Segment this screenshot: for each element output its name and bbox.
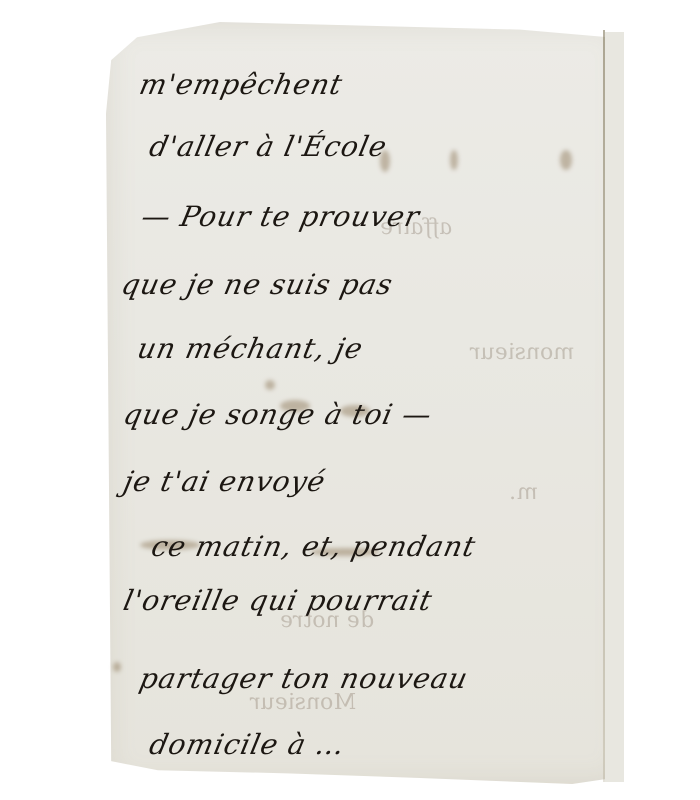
handwritten-line-1: m'empêchent [136,68,345,101]
ink-stain [560,150,572,170]
handwritten-line-11: domicile à … [146,728,348,761]
ink-stain [113,662,121,672]
handwritten-line-4: que je ne suis pas [118,268,396,301]
handwritten-line-9: l'oreille qui pourrait [120,584,435,617]
handwritten-line-2: d'aller à l'École [146,130,390,163]
handwritten-line-5: un méchant, je [134,332,366,365]
handwritten-line-7: je t'ai envoyé [120,465,328,498]
bleed-through-text: monsieur [468,340,577,365]
adjacent-page-edge [605,32,624,782]
handwritten-line-8: ce matin, et, pendant [148,530,479,563]
handwritten-line-10: partager ton nouveau [136,662,471,695]
ink-stain [450,150,458,170]
bleed-through-text: m. [508,480,540,505]
ink-stain [265,380,275,390]
handwritten-line-3: — Pour te prouver [138,200,422,233]
page-fold-line [603,30,605,782]
handwritten-line-6: que je songe à toi — [120,398,435,431]
